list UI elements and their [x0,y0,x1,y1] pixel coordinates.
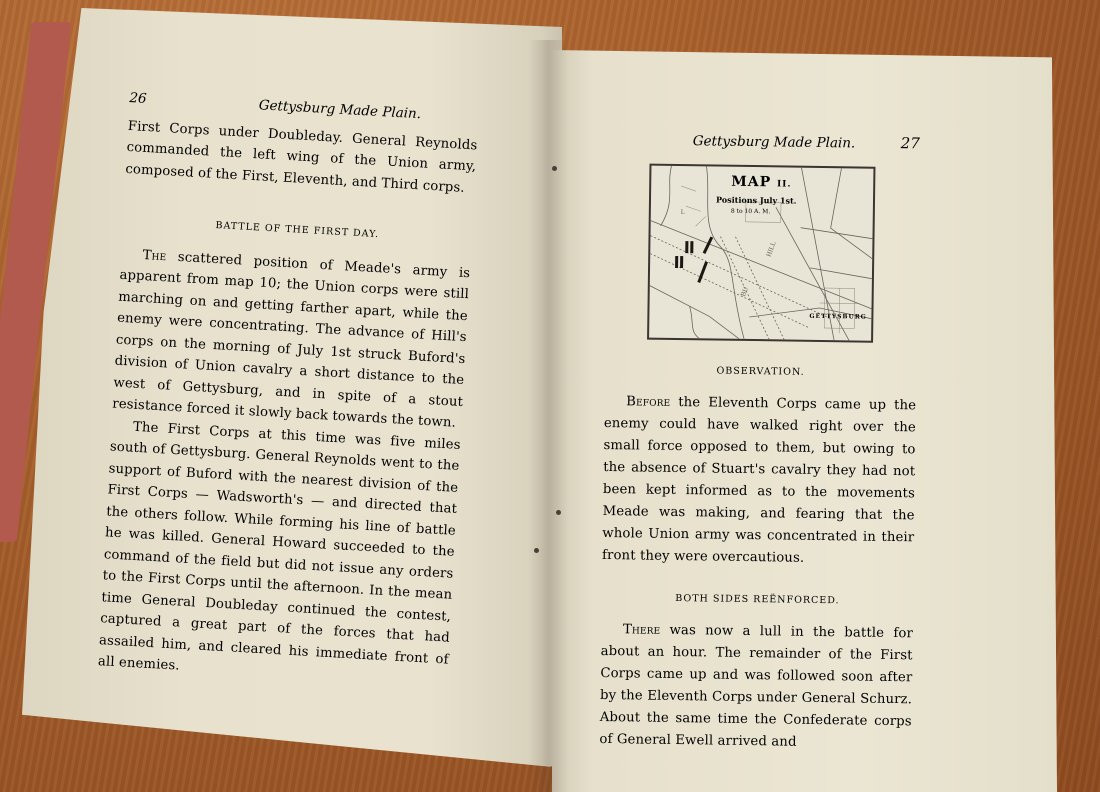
left-page-content: 26 Gettysburg Made Plain. First Corps un… [97,88,479,692]
running-head-title: Gettysburg Made Plain. [693,130,856,154]
right-running-head: Gettysburg Made Plain. 27 [608,128,920,155]
body-paragraph: The First Corps at this time was five mi… [97,415,461,692]
paragraph-text: the Eleventh Corps came up the enemy cou… [602,395,916,566]
paragraph-lead: There [623,622,661,638]
svg-text:L: L [681,208,685,216]
body-paragraph: The scattered position of Meade's army i… [112,243,471,434]
section-heading: BATTLE OF THE FIRST DAY. [122,210,473,251]
book-gutter [528,40,568,792]
right-page-content: Gettysburg Made Plain. 27 [599,128,920,755]
map-town-label: GETTYSBURG [809,306,867,329]
binding-staple-hole [552,166,557,171]
battle-map: L HILL BU MAP II. Positions July 1st. 8 … [647,164,875,343]
paragraph-lead: Before [626,394,670,410]
binding-staple-hole [534,548,539,553]
svg-text:HILL: HILL [765,240,778,258]
body-paragraph: Before the Eleventh Corps came up the en… [602,391,916,571]
section-heading: BOTH SIDES REËNFORCED. [601,587,913,613]
paragraph-lead: The [142,247,166,263]
paragraph-text: The First Corps at this time was five mi… [98,419,461,673]
body-paragraph: There was now a lull in the battle for a… [599,619,913,755]
opening-paragraph: First Corps under Doubleday. General Rey… [125,115,478,199]
paragraph-text: scattered position of Meade's army is ap… [112,249,471,431]
map-time: 8 to 10 A. M. [731,201,771,224]
binding-staple-hole [556,510,561,515]
section-heading: OBSERVATION. [604,359,916,385]
page-number: 26 [129,88,147,110]
page-number: 27 [901,132,920,154]
paragraph-text: was now a lull in the battle for about a… [599,623,913,750]
